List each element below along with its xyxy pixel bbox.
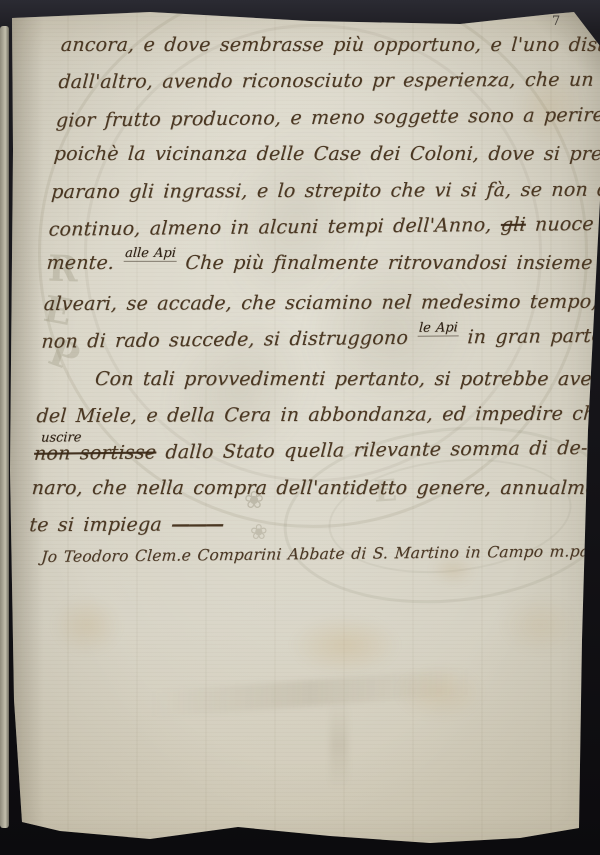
manuscript-line: gior frutto producono, e meno soggette s… (55, 97, 580, 139)
manuscript-line: ancora, e dove sembrasse più opportuno, … (60, 27, 585, 63)
manuscript-line: naro, che nella compra dell'antidetto ge… (31, 470, 556, 506)
manuscript-line: non di rado succede, si distruggono le A… (40, 318, 566, 363)
manuscript-line: parano gli ingrassi, e lo strepito che v… (50, 171, 575, 210)
previous-page-edge (0, 26, 9, 828)
paper-crease (330, 700, 348, 790)
text-segment: naro, che nella compra dell'antidetto ge… (31, 477, 600, 499)
text-segment: continuo, almeno in alcuni tempi dell'An… (48, 214, 501, 241)
text-segment: Con tali provvedimenti pertanto, si potr… (94, 368, 600, 390)
paper-stain (500, 595, 580, 655)
inserted-word: le Api (417, 321, 459, 337)
manuscript-line: te si impiega ——— (28, 505, 553, 544)
text-segment: nuoce alta- (525, 212, 600, 235)
inserted-word: uscire (40, 421, 83, 458)
text-segment: te si impiega (29, 514, 172, 537)
manuscript-line: mente. alle Api Che più finalmente ritro… (45, 245, 571, 284)
text-segment: ancora, e dove sembrasse più opportuno, … (60, 34, 600, 56)
correction-stack: uscirenon sortisse (33, 435, 157, 473)
closing-flourish: ——— (170, 514, 222, 536)
manuscript-text: ancora, e dove sembrasse più opportuno, … (28, 26, 585, 544)
text-segment: in gran parte fra loro. (458, 324, 600, 348)
text-segment: parano gli ingrassi, e lo strepito che v… (51, 178, 600, 202)
text-segment: mente. (46, 252, 124, 274)
paper-stain (290, 615, 400, 675)
manuscript-page: P E R E ❀ ❀ 7 ancora, e dove sembrasse p… (0, 0, 600, 855)
text-segment: dall'altro, avendo riconosciuto pr esper… (58, 69, 600, 94)
text-segment: poichè la vicinanza delle Case dei Colon… (53, 143, 600, 165)
manuscript-line: alveari, se accade, che sciamino nel med… (43, 284, 568, 323)
text-segment: dallo Stato quella rilevante somma di de… (156, 437, 589, 464)
text-segment: Che più finalmente ritrovandosi insieme … (175, 252, 600, 274)
manuscript-line: uscirenon sortisse dallo Stato quella ri… (33, 431, 558, 473)
manuscript-line: continuo, almeno in alcuni tempi dell'An… (48, 206, 573, 248)
manuscript-line: del Miele, e della Cera in abbondanza, e… (35, 396, 560, 435)
text-segment: alveari, se accade, che sciamino nel med… (43, 290, 600, 315)
text-segment: gior frutto producono, e meno soggette s… (55, 104, 600, 132)
manuscript-line: poichè la vicinanza delle Case dei Colon… (52, 136, 577, 172)
paper-stain (52, 595, 122, 655)
text-segment: del Miele, e della Cera in abbondanza, e… (36, 403, 600, 427)
signature-line: Jo Teodoro Clem.e Comparini Abbate di S.… (41, 542, 590, 566)
text-segment: non di rado succede, si distruggono (41, 327, 418, 353)
manuscript-line: dall'altro, avendo riconosciuto pr esper… (57, 62, 582, 101)
inserted-word: alle Api (123, 246, 177, 262)
manuscript-line: Con tali provvedimenti pertanto, si potr… (38, 361, 563, 397)
struck-word: gli (500, 214, 526, 236)
